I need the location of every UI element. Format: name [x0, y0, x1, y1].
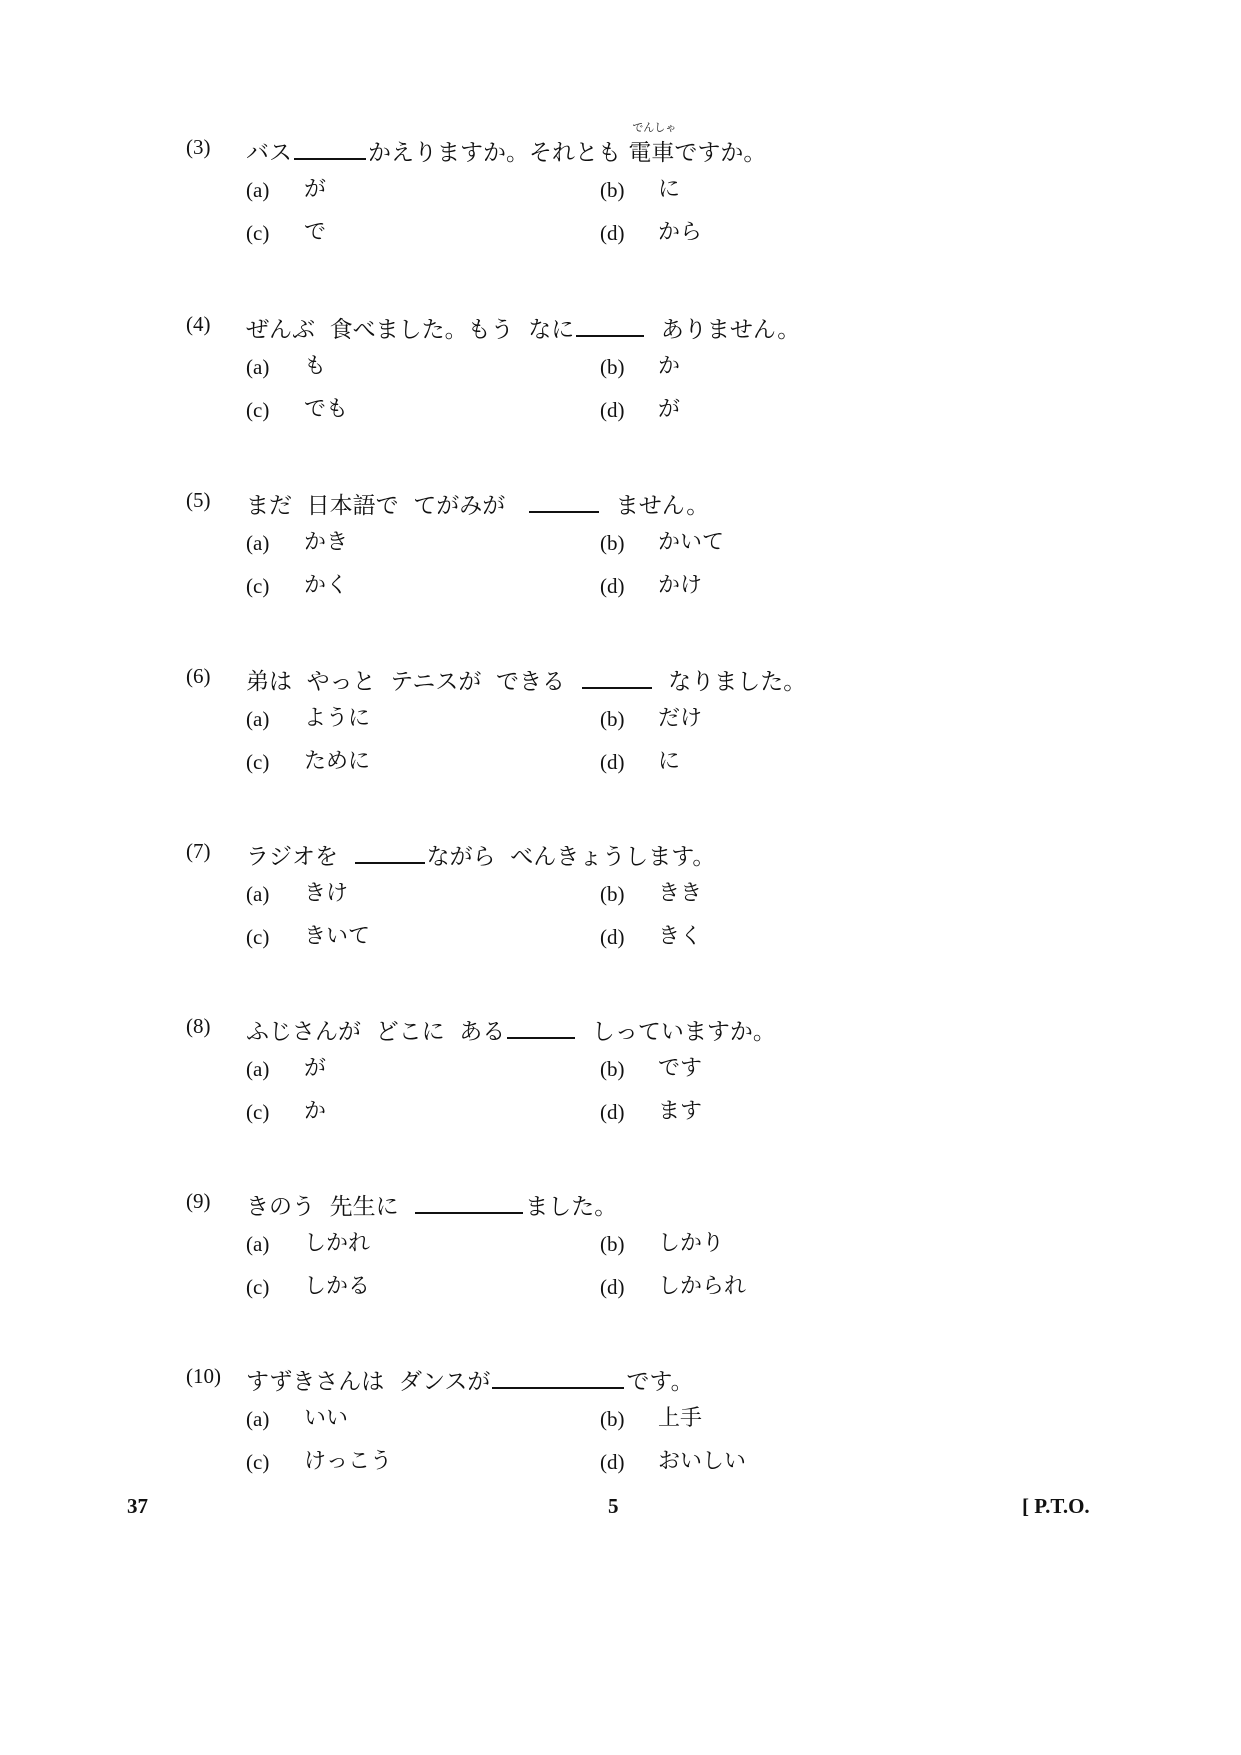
- question-text-part: ですか。: [674, 140, 766, 166]
- option-text: か: [304, 1098, 326, 1126]
- question-text-part: ありません。: [646, 317, 800, 343]
- option-text: いい: [304, 1405, 348, 1433]
- option-text: に: [658, 176, 680, 204]
- answer-blank: [576, 313, 644, 337]
- question-text-part: 弟は やっと テニスが できる: [246, 669, 580, 695]
- question-text-part: ながら べんきょうします。: [427, 844, 716, 870]
- question-text-part: ラジオを: [246, 844, 353, 870]
- option-letter: (c): [246, 1098, 269, 1126]
- answer-blank: [492, 1365, 624, 1389]
- option-letter: (d): [600, 1448, 625, 1476]
- option-letter: (d): [600, 1273, 625, 1301]
- question-number: (9): [186, 1188, 211, 1214]
- option-letter: (a): [246, 176, 269, 204]
- answer-blank: [507, 1015, 575, 1039]
- question-number: (8): [186, 1013, 211, 1039]
- furigana-word: でんしゃ電車: [628, 139, 674, 167]
- option-letter: (d): [600, 748, 625, 776]
- option-text: きいて: [304, 923, 370, 951]
- option-text: に: [658, 748, 680, 776]
- option-text: が: [304, 176, 326, 204]
- option-letter: (b): [600, 353, 625, 381]
- option-text: きき: [658, 880, 702, 908]
- option-letter: (d): [600, 923, 625, 951]
- option-letter: (b): [600, 1405, 625, 1433]
- question-number: (6): [186, 663, 211, 689]
- kanji-word: 電車: [628, 140, 674, 166]
- option-text: から: [658, 219, 702, 247]
- question-number: (4): [186, 311, 211, 337]
- option-letter: (d): [600, 572, 625, 600]
- option-text: ます: [658, 1098, 702, 1126]
- option-letter: (a): [246, 353, 269, 381]
- question-text: ぜんぶ 食べました。もう なに ありません。: [246, 313, 800, 344]
- option-text: だけ: [658, 705, 702, 733]
- option-letter: (d): [600, 219, 625, 247]
- question-text: きのう 先生に ました。: [246, 1190, 617, 1221]
- question-text: ラジオを ながら べんきょうします。: [246, 840, 715, 871]
- option-letter: (a): [246, 1055, 269, 1083]
- option-text: しかれ: [304, 1230, 370, 1258]
- option-letter: (c): [246, 572, 269, 600]
- option-letter: (b): [600, 529, 625, 557]
- answer-blank: [529, 489, 599, 513]
- option-letter: (b): [600, 176, 625, 204]
- option-text: おいしい: [658, 1448, 746, 1476]
- option-letter: (a): [246, 880, 269, 908]
- option-letter: (a): [246, 529, 269, 557]
- question-text: バスかえりますか。それとも でんしゃ電車ですか。: [246, 136, 766, 167]
- option-text: が: [658, 396, 680, 424]
- option-letter: (b): [600, 705, 625, 733]
- answer-blank: [582, 665, 652, 689]
- question-text: ふじさんが どこに ある しっていますか。: [246, 1015, 776, 1046]
- option-text: きけ: [304, 880, 348, 908]
- option-letter: (c): [246, 1273, 269, 1301]
- option-letter: (b): [600, 1230, 625, 1258]
- question-number: (10): [186, 1363, 221, 1389]
- question-text-part: ふじさんが どこに ある: [246, 1019, 505, 1045]
- option-letter: (b): [600, 1055, 625, 1083]
- option-text: でも: [304, 396, 348, 424]
- question-number: (7): [186, 838, 211, 864]
- option-letter: (c): [246, 923, 269, 951]
- option-letter: (a): [246, 705, 269, 733]
- option-text: が: [304, 1055, 326, 1083]
- option-text: かく: [304, 572, 348, 600]
- option-text: 上手: [658, 1405, 702, 1433]
- option-text: も: [304, 353, 326, 381]
- question-text-part: すずきさんは ダンスが: [246, 1369, 490, 1395]
- option-letter: (d): [600, 396, 625, 424]
- question-text-part: まだ 日本語で てがみが: [246, 493, 527, 519]
- option-text: か: [658, 353, 680, 381]
- answer-blank: [415, 1190, 523, 1214]
- option-text: しかり: [658, 1230, 724, 1258]
- question-number: (5): [186, 487, 211, 513]
- question-number: (3): [186, 134, 211, 160]
- option-letter: (a): [246, 1405, 269, 1433]
- answer-blank: [294, 136, 366, 160]
- question-text-part: バス: [246, 140, 292, 166]
- question-text-part: です。: [626, 1369, 693, 1395]
- option-text: しかる: [304, 1273, 370, 1301]
- option-text: しかられ: [658, 1273, 746, 1301]
- option-text: です: [658, 1055, 702, 1083]
- question-text: まだ 日本語で てがみが ません。: [246, 489, 709, 520]
- option-letter: (c): [246, 396, 269, 424]
- question-text-part: ました。: [525, 1194, 617, 1220]
- option-text: きく: [658, 923, 702, 951]
- option-letter: (a): [246, 1230, 269, 1258]
- option-letter: (c): [246, 1448, 269, 1476]
- option-text: かいて: [658, 529, 724, 557]
- option-letter: (b): [600, 880, 625, 908]
- paper-code: 37: [127, 1493, 148, 1519]
- question-text: すずきさんは ダンスがです。: [246, 1365, 694, 1396]
- option-letter: (c): [246, 219, 269, 247]
- question-text: 弟は やっと テニスが できる なりました。: [246, 665, 806, 696]
- option-text: けっこう: [304, 1448, 392, 1476]
- option-letter: (c): [246, 748, 269, 776]
- page-number: 5: [608, 1493, 619, 1519]
- option-text: かき: [304, 529, 348, 557]
- question-text-part: なりました。: [654, 669, 807, 695]
- option-text: ように: [304, 705, 370, 733]
- question-text-part: かえりますか。それとも: [368, 140, 628, 166]
- question-text-part: きのう 先生に: [246, 1194, 413, 1220]
- answer-blank: [355, 840, 425, 864]
- option-text: ために: [304, 748, 370, 776]
- option-text: かけ: [658, 572, 702, 600]
- option-text: で: [304, 219, 326, 247]
- option-letter: (d): [600, 1098, 625, 1126]
- question-text-part: ません。: [601, 493, 709, 519]
- pto-label: [ P.T.O.: [1022, 1493, 1090, 1519]
- question-text-part: ぜんぶ 食べました。もう なに: [246, 317, 574, 343]
- furigana: でんしゃ: [632, 122, 676, 134]
- question-text-part: しっていますか。: [577, 1019, 776, 1045]
